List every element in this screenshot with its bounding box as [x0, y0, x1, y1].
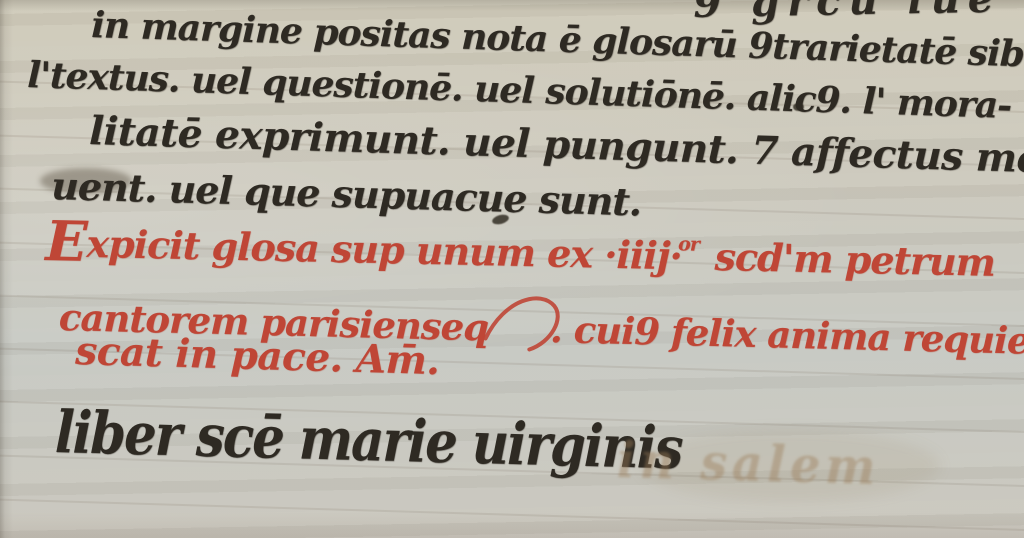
erased-ghost-text: in salem	[616, 430, 881, 496]
quattuor-superscript: or	[678, 233, 699, 255]
explicit-line-1: Expicit glosa sup unum ex ·iiij·or scd'm…	[45, 220, 995, 285]
gloss-line-4: uent. uel que supuacue sunt.	[51, 163, 642, 224]
explicit-line-3: scat in pace. Am̄.	[75, 328, 440, 384]
clipped-text-fragment: 9 grcū lue	[693, 0, 1002, 27]
explicit-initial-letter: E	[45, 208, 87, 274]
explicit-line-1-text: xpicit glosa sup unum ex ·iiij·	[86, 221, 682, 278]
ex-libris-inscription: liber scē marie uirginis	[54, 398, 682, 482]
explicit-line-1-end: scd'm petrum	[702, 234, 995, 285]
manuscript-page-photo: 9 grcū lue in margine positas nota ē glo…	[0, 0, 1024, 538]
ruled-line	[0, 498, 1024, 532]
explicit-line-2-end: . cui9 felix anima requie-	[550, 307, 1024, 363]
